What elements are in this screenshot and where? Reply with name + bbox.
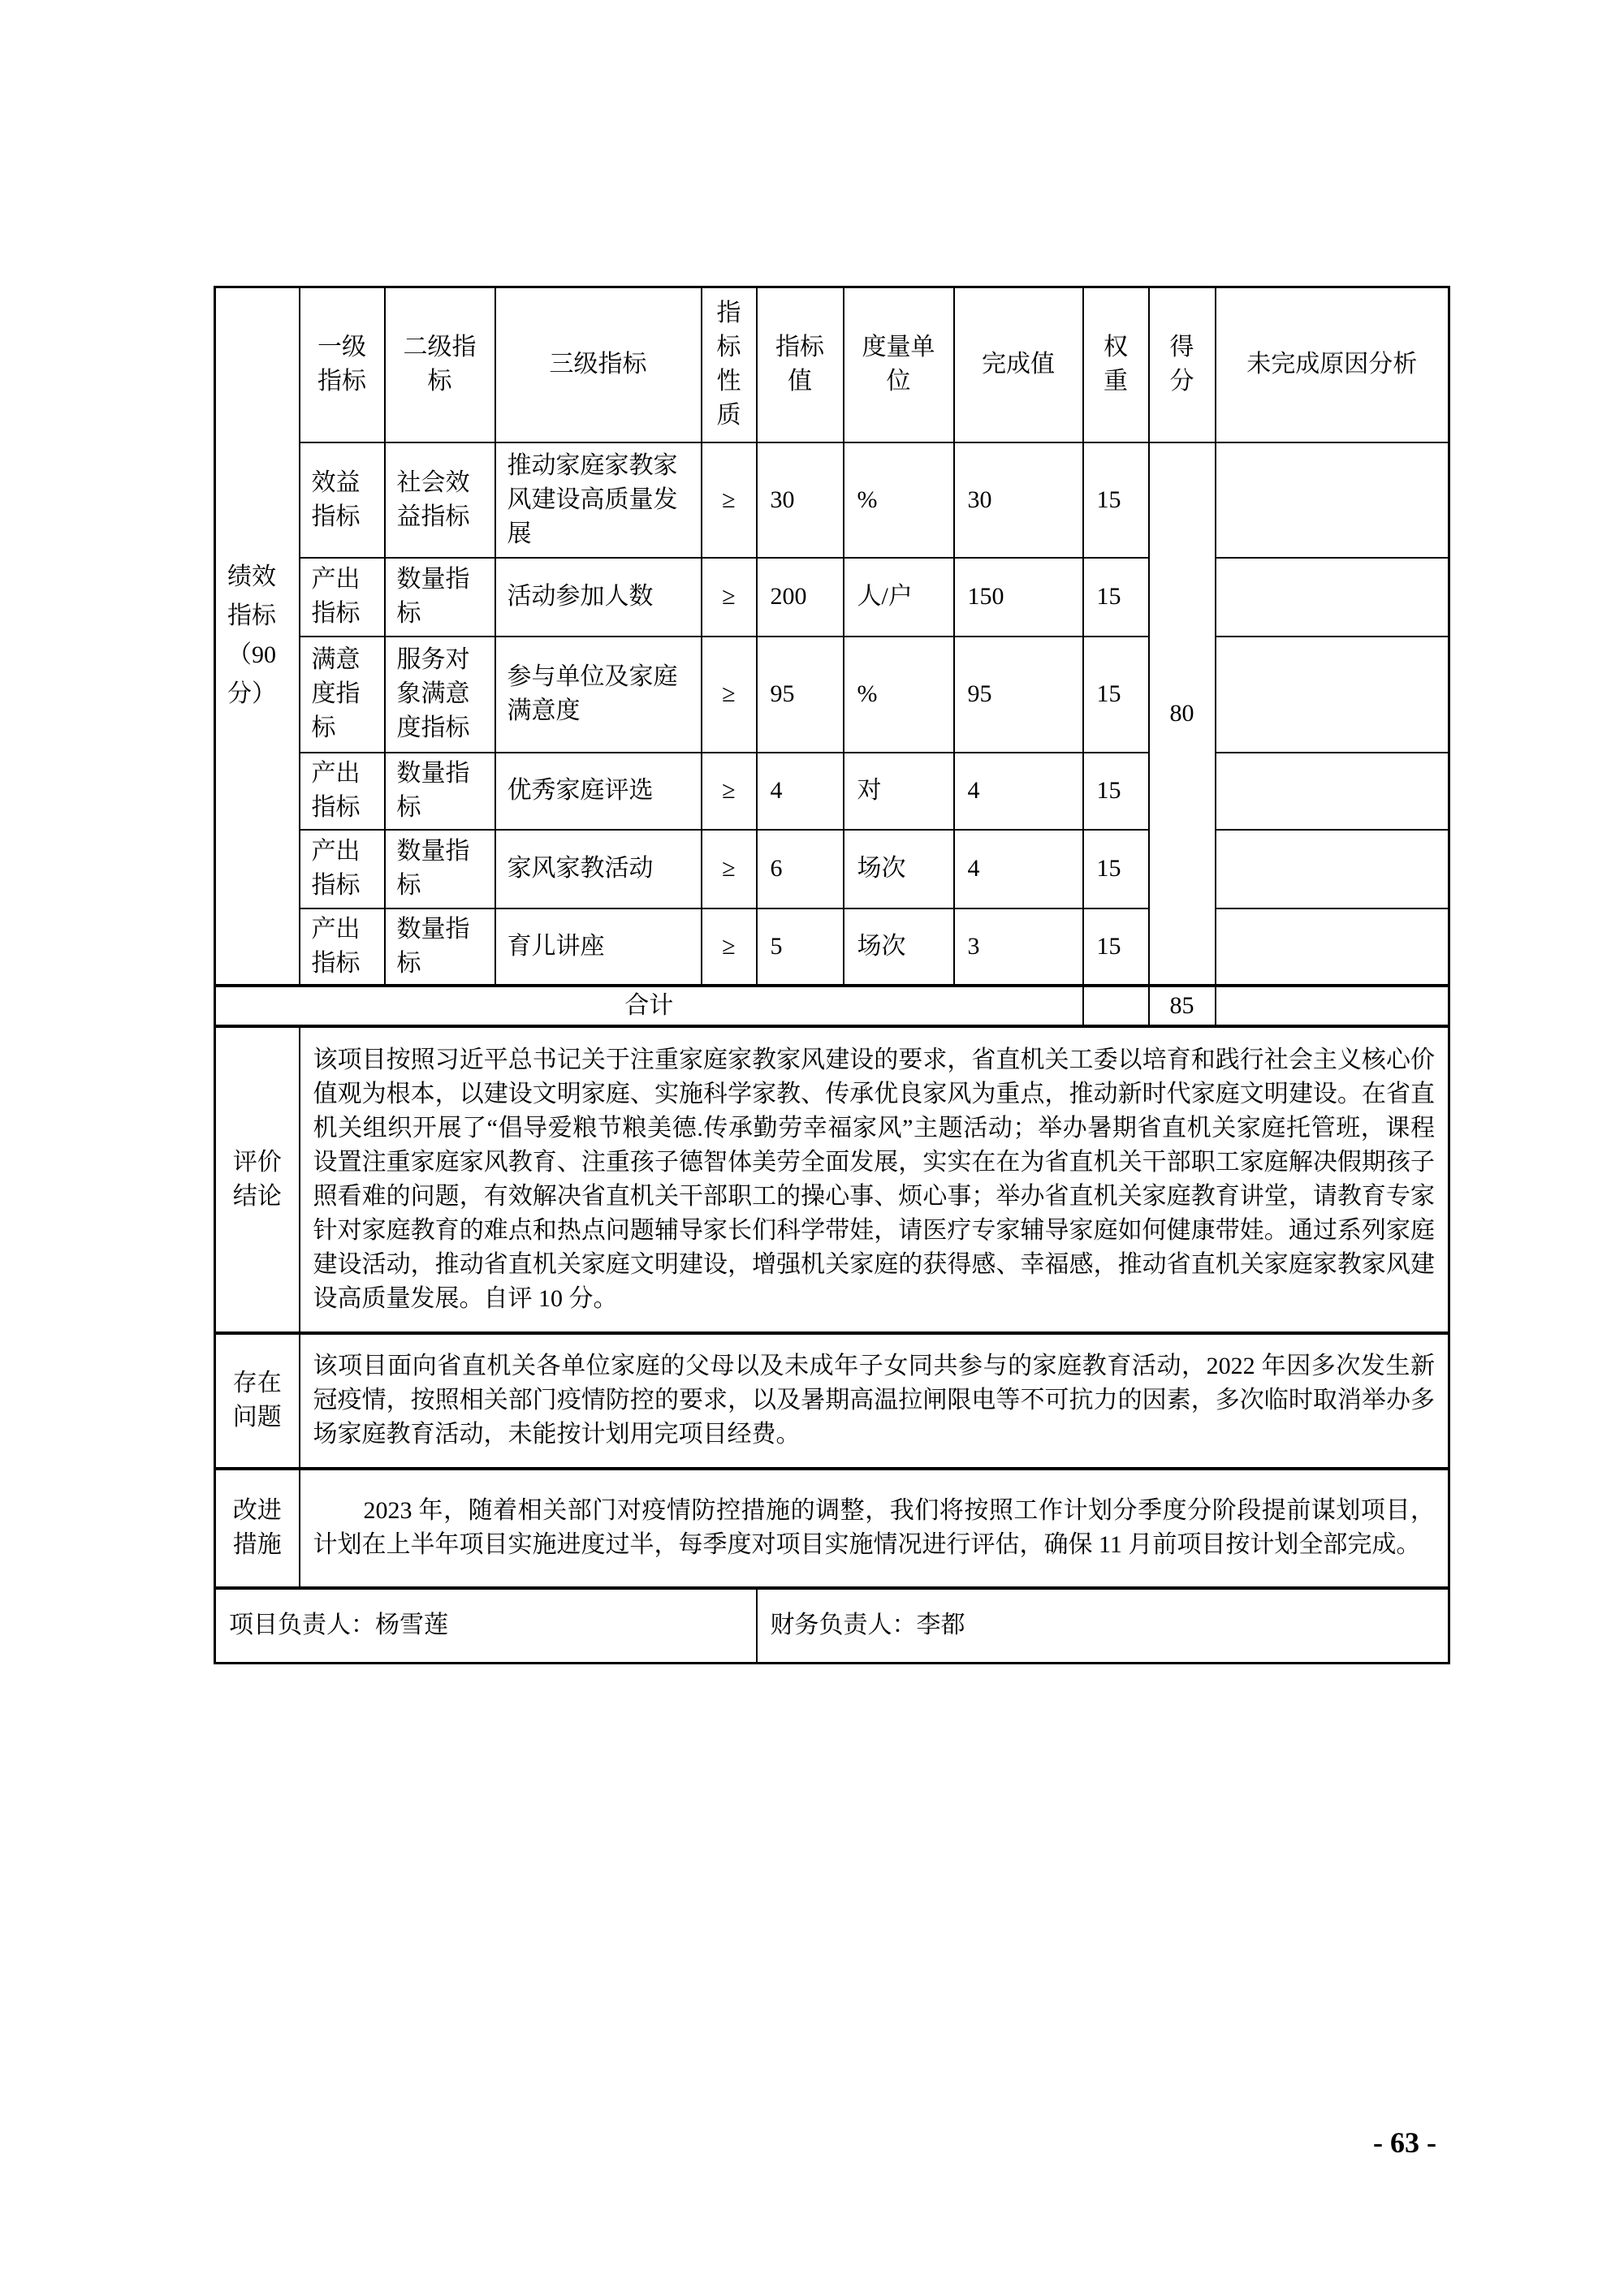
level3-cell: 参与单位及家庭满意度 — [495, 637, 702, 753]
level2-cell: 社会效益指标 — [385, 442, 495, 558]
indicator-row: 满意度指标 服务对象满意度指标 参与单位及家庭满意度 ≥ 95 % 95 15 — [215, 637, 1449, 753]
header-actual: 完成值 — [954, 287, 1083, 442]
level1-cell: 效益指标 — [300, 442, 385, 558]
level1-cell: 产出指标 — [300, 558, 385, 637]
level1-cell: 满意度指标 — [300, 637, 385, 753]
header-unit: 度量单位 — [844, 287, 954, 442]
unit-cell: 场次 — [844, 830, 954, 908]
header-level3: 三级指标 — [495, 287, 702, 442]
level2-cell: 服务对象满意度指标 — [385, 637, 495, 753]
nature-cell: ≥ — [702, 442, 757, 558]
level3-cell: 家风家教活动 — [495, 830, 702, 908]
weight-cell: 15 — [1083, 442, 1149, 558]
total-score-cell: 85 — [1149, 986, 1216, 1026]
weight-cell: 15 — [1083, 753, 1149, 830]
target-cell: 4 — [757, 753, 844, 830]
section-row-problems: 存在问题 该项目面向省直机关各单位家庭的父母以及未成年子女同共参与的家庭教育活动… — [215, 1333, 1449, 1469]
header-score: 得分 — [1149, 287, 1216, 442]
total-weight-empty-cell — [1083, 986, 1149, 1026]
level3-cell: 推动家庭家教家风建设高质量发展 — [495, 442, 702, 558]
score-merged-cell: 80 — [1149, 442, 1216, 986]
page-number: - 63 - — [1324, 2126, 1486, 2160]
header-row: 绩效指标（90分） 一级指标 二级指标 三级指标 指标性质 指标值 度量单位 完… — [215, 287, 1449, 442]
level2-cell: 数量指标 — [385, 558, 495, 637]
header-nature: 指标性质 — [702, 287, 757, 442]
header-target: 指标值 — [757, 287, 844, 442]
weight-cell: 15 — [1083, 637, 1149, 753]
target-cell: 5 — [757, 908, 844, 986]
level1-cell: 产出指标 — [300, 908, 385, 986]
target-cell: 6 — [757, 830, 844, 908]
level1-cell: 产出指标 — [300, 830, 385, 908]
header-level1: 一级指标 — [300, 287, 385, 442]
nature-cell: ≥ — [702, 908, 757, 986]
header-weight: 权重 — [1083, 287, 1149, 442]
actual-cell: 4 — [954, 830, 1083, 908]
target-cell: 200 — [757, 558, 844, 637]
indicator-row: 产出指标 数量指标 育儿讲座 ≥ 5 场次 3 15 — [215, 908, 1449, 986]
level2-cell: 数量指标 — [385, 908, 495, 986]
nature-cell: ≥ — [702, 558, 757, 637]
nature-cell: ≥ — [702, 637, 757, 753]
reason-cell — [1216, 442, 1449, 558]
actual-cell: 150 — [954, 558, 1083, 637]
total-row: 合计 85 — [215, 986, 1449, 1026]
section-text-problems: 该项目面向省直机关各单位家庭的父母以及未成年子女同共参与的家庭教育活动，2022… — [300, 1333, 1449, 1469]
weight-cell: 15 — [1083, 830, 1149, 908]
level1-cell: 产出指标 — [300, 753, 385, 830]
indicator-row: 效益指标 社会效益指标 推动家庭家教家风建设高质量发展 ≥ 30 % 30 15… — [215, 442, 1449, 558]
section-label-improvements: 改进措施 — [215, 1469, 300, 1588]
level3-cell: 活动参加人数 — [495, 558, 702, 637]
unit-cell: 对 — [844, 753, 954, 830]
finance-lead-cell: 财务负责人：李都 — [757, 1588, 1449, 1664]
weight-cell: 15 — [1083, 558, 1149, 637]
unit-cell: 场次 — [844, 908, 954, 986]
actual-cell: 3 — [954, 908, 1083, 986]
actual-cell: 95 — [954, 637, 1083, 753]
header-level2: 二级指标 — [385, 287, 495, 442]
section-row-improvements: 改进措施 2023 年，随着相关部门对疫情防控措施的调整，我们将按照工作计划分季… — [215, 1469, 1449, 1588]
actual-cell: 30 — [954, 442, 1083, 558]
indicator-row: 产出指标 数量指标 优秀家庭评选 ≥ 4 对 4 15 — [215, 753, 1449, 830]
nature-cell: ≥ — [702, 753, 757, 830]
section-label-evaluation: 评价结论 — [215, 1026, 300, 1333]
reason-cell — [1216, 637, 1449, 753]
group-label: 绩效指标（90分） — [215, 287, 300, 986]
section-text-evaluation: 该项目按照习近平总书记关于注重家庭家教家风建设的要求，省直机关工委以培育和践行社… — [300, 1026, 1449, 1333]
target-cell: 30 — [757, 442, 844, 558]
section-row-evaluation: 评价结论 该项目按照习近平总书记关于注重家庭家教家风建设的要求，省直机关工委以培… — [215, 1026, 1449, 1333]
header-reason: 未完成原因分析 — [1216, 287, 1449, 442]
total-reason-empty-cell — [1216, 986, 1449, 1026]
level2-cell: 数量指标 — [385, 830, 495, 908]
unit-cell: % — [844, 637, 954, 753]
performance-indicator-table: 绩效指标（90分） 一级指标 二级指标 三级指标 指标性质 指标值 度量单位 完… — [214, 286, 1450, 1664]
reason-cell — [1216, 908, 1449, 986]
unit-cell: % — [844, 442, 954, 558]
section-label-problems: 存在问题 — [215, 1333, 300, 1469]
reason-cell — [1216, 753, 1449, 830]
actual-cell: 4 — [954, 753, 1083, 830]
document-page: { "page": { "number": "- 63 -" }, "table… — [0, 0, 1624, 2296]
level3-cell: 育儿讲座 — [495, 908, 702, 986]
level2-cell: 数量指标 — [385, 753, 495, 830]
total-label-cell: 合计 — [215, 986, 1083, 1026]
nature-cell: ≥ — [702, 830, 757, 908]
target-cell: 95 — [757, 637, 844, 753]
signature-row: 项目负责人：杨雪莲 财务负责人：李都 — [215, 1588, 1449, 1664]
unit-cell: 人/户 — [844, 558, 954, 637]
indicator-row: 产出指标 数量指标 家风家教活动 ≥ 6 场次 4 15 — [215, 830, 1449, 908]
indicator-row: 产出指标 数量指标 活动参加人数 ≥ 200 人/户 150 15 — [215, 558, 1449, 637]
weight-cell: 15 — [1083, 908, 1149, 986]
reason-cell — [1216, 830, 1449, 908]
section-text-improvements: 2023 年，随着相关部门对疫情防控措施的调整，我们将按照工作计划分季度分阶段提… — [300, 1469, 1449, 1588]
level3-cell: 优秀家庭评选 — [495, 753, 702, 830]
reason-cell — [1216, 558, 1449, 637]
project-lead-cell: 项目负责人：杨雪莲 — [215, 1588, 757, 1664]
